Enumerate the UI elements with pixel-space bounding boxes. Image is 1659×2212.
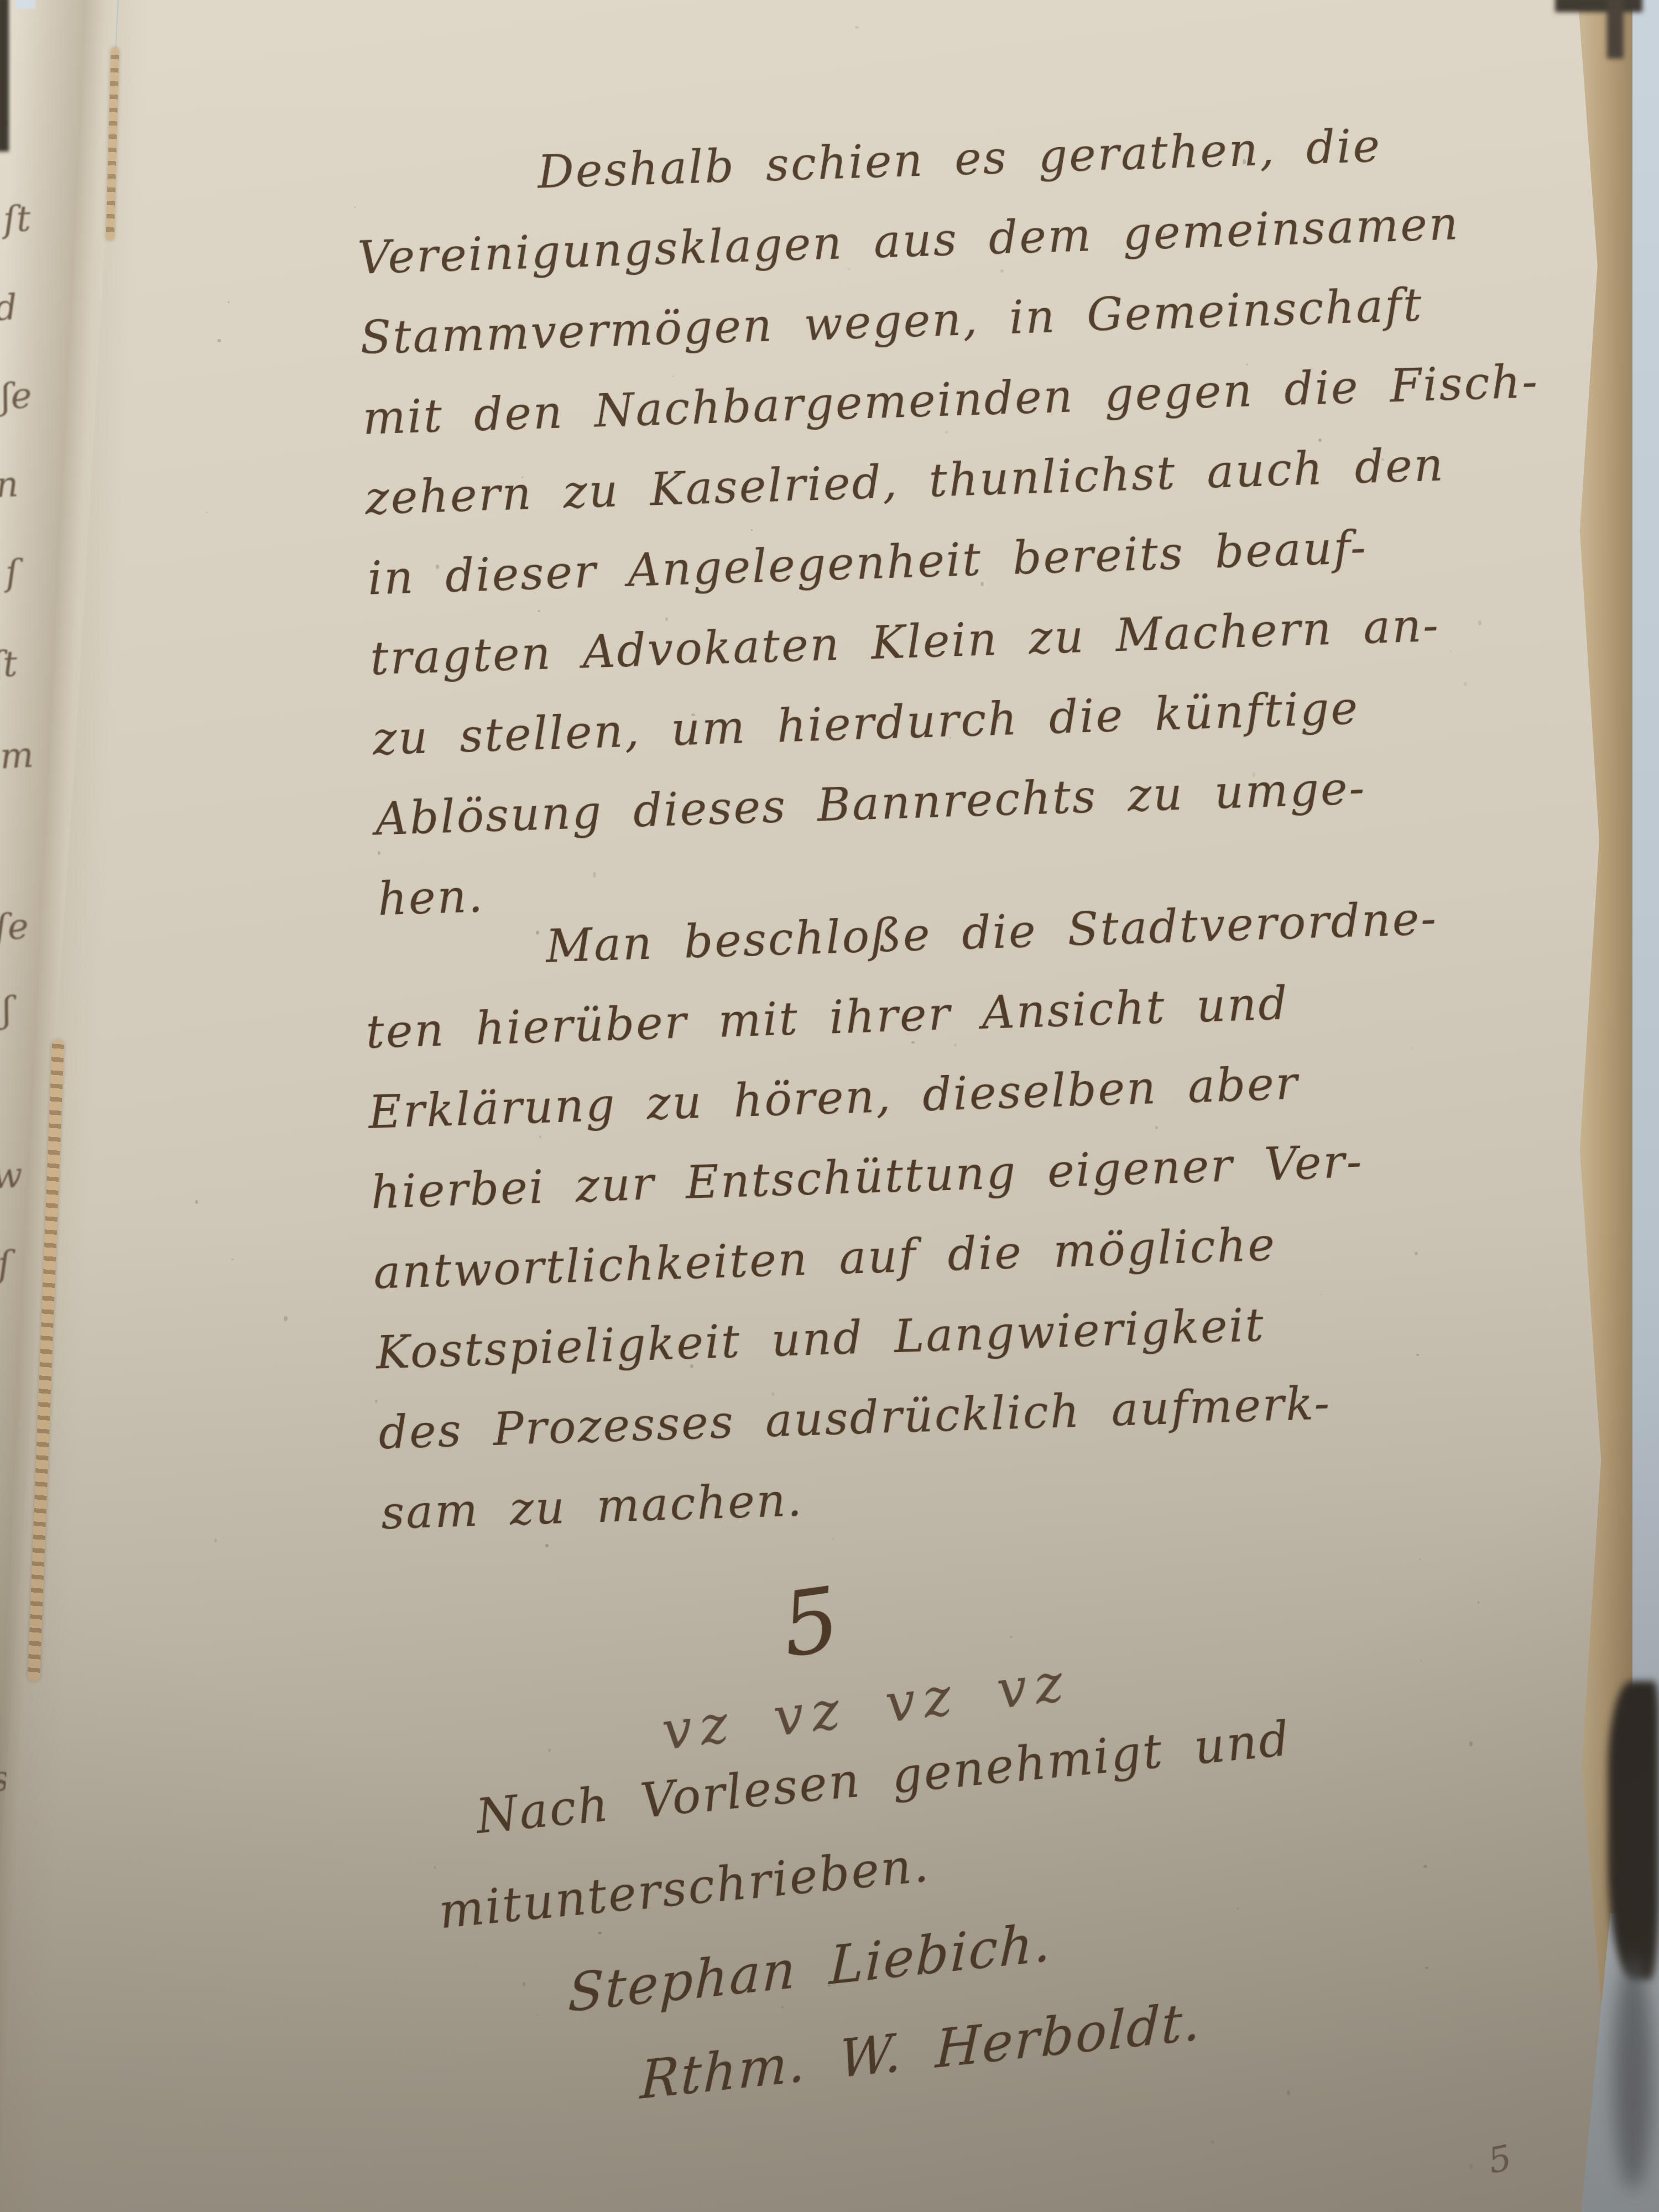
paper-speck — [1415, 1251, 1418, 1255]
paper-speck — [1469, 2164, 1473, 2169]
paper-speck — [1211, 2141, 1214, 2143]
paper-speck — [593, 872, 596, 878]
paper-speck — [1000, 269, 1004, 272]
paper-speck — [997, 716, 1000, 721]
paper-speck — [828, 1985, 831, 1987]
paper-speck — [848, 268, 850, 269]
paper-speck — [1057, 2037, 1059, 2039]
paper-speck — [691, 713, 695, 716]
paper-speck — [1464, 682, 1467, 686]
paper-speck — [1246, 363, 1248, 366]
paper-speck — [548, 1749, 551, 1752]
paper-speck — [911, 1041, 915, 1044]
paper-speck — [1469, 1741, 1473, 1746]
paper-speck — [690, 1364, 693, 1368]
paper-speck — [1450, 650, 1452, 653]
paper-speck — [436, 565, 439, 569]
paper-speck — [954, 1044, 957, 1046]
paper-speck — [538, 610, 540, 612]
paper-speck — [1321, 1294, 1322, 1296]
paper-speck — [1318, 439, 1322, 442]
paper-speck — [539, 1135, 541, 1139]
paper-speck — [771, 1392, 775, 1396]
paper-speck — [1155, 1126, 1159, 1129]
paper-speck — [434, 1866, 436, 1869]
paper-speck — [855, 26, 859, 28]
paper-speck — [598, 1932, 602, 1934]
paper-speck — [781, 2006, 784, 2008]
paper-speck — [545, 1544, 549, 1547]
paper-speck — [231, 1259, 233, 1260]
paper-speck — [214, 1538, 217, 1542]
paper-speck — [1419, 1558, 1421, 1561]
paper-speck — [832, 1538, 834, 1540]
paper-speck — [945, 431, 948, 434]
paper-speck — [841, 1264, 843, 1265]
paper-texture — [0, 0, 1659, 2212]
paper-speck — [1421, 1660, 1422, 1661]
paper-speck — [1478, 1601, 1479, 1604]
paper-speck — [217, 339, 221, 342]
paper-speck — [1423, 1865, 1427, 1868]
paper-speck — [665, 617, 667, 621]
paper-speck — [1307, 374, 1310, 377]
paper-speck — [206, 512, 208, 513]
paper-speck — [980, 582, 984, 586]
paper-speck — [1210, 635, 1212, 636]
paper-speck — [228, 301, 229, 304]
paper-speck — [1425, 1967, 1428, 1969]
paper-speck — [537, 2014, 538, 2016]
paper-speck — [375, 1400, 378, 1403]
paper-speck — [950, 737, 951, 739]
paper-speck — [1416, 1354, 1419, 1356]
paper-speck — [378, 851, 380, 855]
paper-speck — [1243, 159, 1246, 164]
paper-speck — [751, 529, 752, 531]
paper-speck — [523, 1982, 525, 1986]
paper-speck — [1381, 458, 1384, 461]
paper-speck — [1287, 2090, 1290, 2095]
paper-speck — [521, 476, 524, 478]
paper-speck — [1010, 1636, 1013, 1639]
paper-speck — [1478, 620, 1481, 625]
paper-speck — [958, 1350, 960, 1352]
paper-speck — [672, 375, 674, 378]
paper-speck — [536, 931, 539, 935]
paper-speck — [1163, 233, 1166, 237]
paper-speck — [284, 1316, 288, 1321]
paper-speck — [1237, 1907, 1239, 1910]
paper-speck — [195, 1200, 198, 1204]
paper-speck — [1252, 772, 1255, 777]
paper-speck — [354, 206, 356, 208]
paper-speck — [1411, 1047, 1413, 1048]
